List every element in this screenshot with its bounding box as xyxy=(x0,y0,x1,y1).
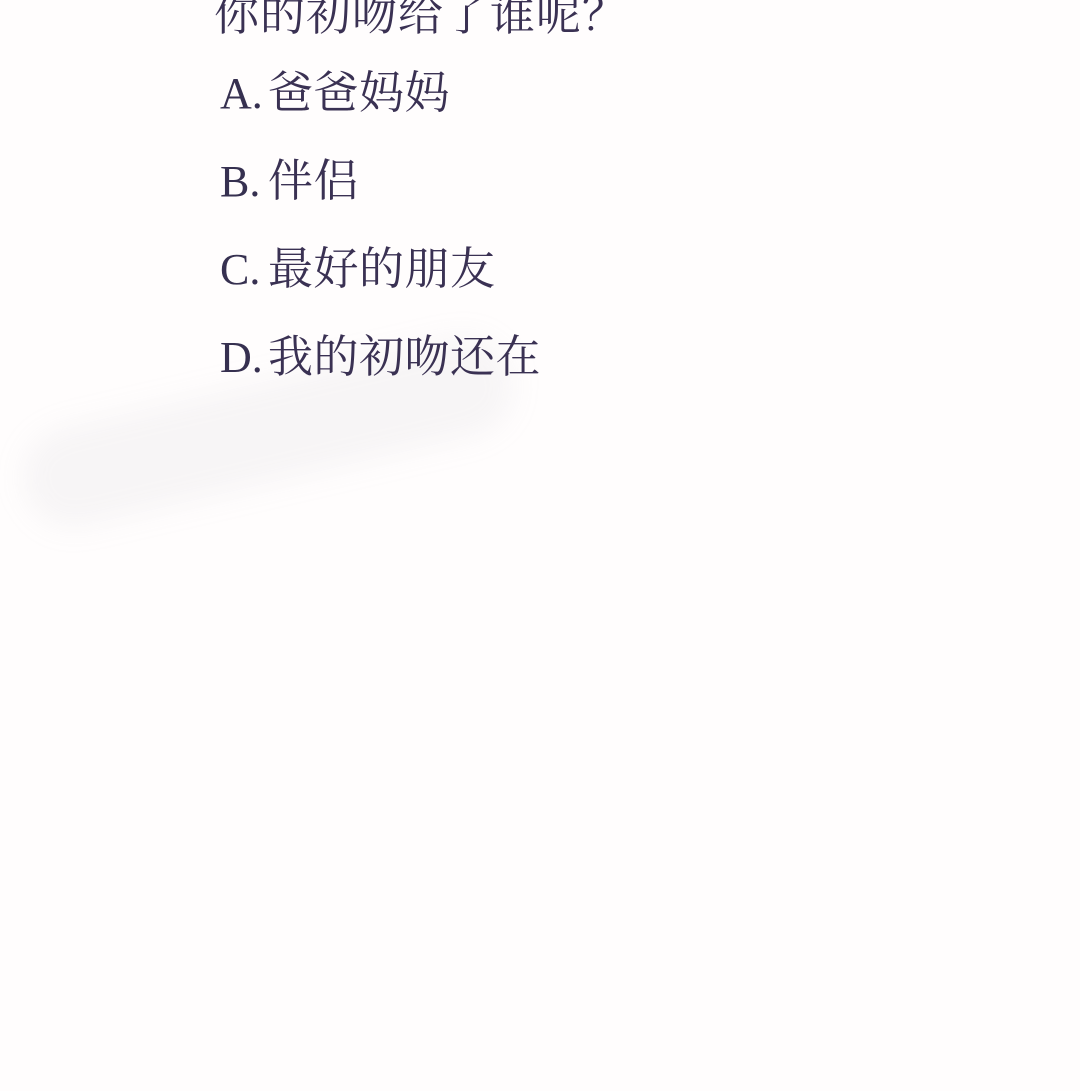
option-c-text: 最好的朋友 xyxy=(268,246,496,291)
option-b[interactable]: B. 伴侣 xyxy=(220,158,359,204)
quiz-page: 你的初吻给了谁呢？ A. 爸爸妈妈 B. 伴侣 C. 最好的朋友 D. 我的初吻… xyxy=(0,0,1080,1091)
option-a[interactable]: A. 爸爸妈妈 xyxy=(220,70,450,116)
option-d-letter: D. xyxy=(220,335,268,380)
question-text: 你的初吻给了谁呢？ xyxy=(214,0,628,37)
option-d[interactable]: D. 我的初吻还在 xyxy=(220,334,541,380)
option-c-letter: C. xyxy=(220,247,268,292)
option-d-text: 我的初吻还在 xyxy=(268,334,541,379)
option-a-text: 爸爸妈妈 xyxy=(268,70,450,115)
option-b-letter: B. xyxy=(220,159,268,204)
option-c[interactable]: C. 最好的朋友 xyxy=(220,246,496,292)
option-a-letter: A. xyxy=(220,71,268,116)
option-b-text: 伴侣 xyxy=(268,158,359,203)
